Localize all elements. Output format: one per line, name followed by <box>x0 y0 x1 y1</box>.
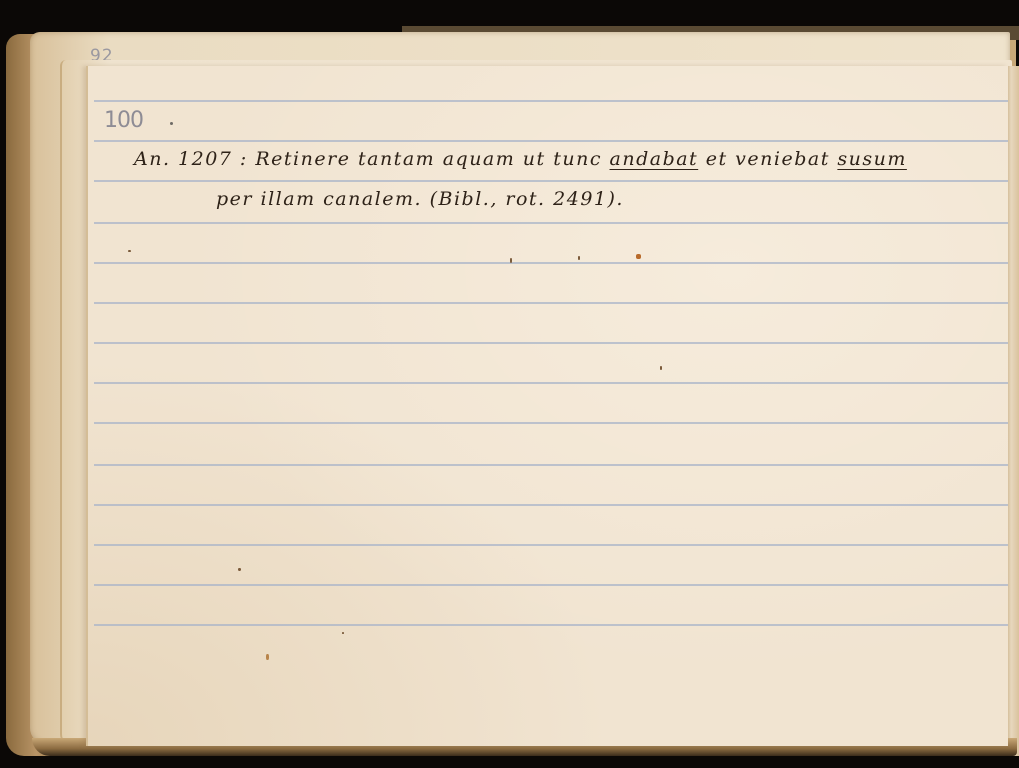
ink-speck <box>238 568 241 571</box>
page-number-dot <box>170 122 173 125</box>
entry-line-2: per illam canalem. (Bibl., rot. 2491). <box>216 188 624 210</box>
entry-line-1: An. 1207 : Retinere tantam aquam ut tunc… <box>134 148 907 170</box>
underlined-word-andabat: andabat <box>610 148 699 170</box>
ruled-line <box>94 504 1008 506</box>
ink-speck <box>128 250 131 252</box>
ruled-line <box>94 262 1008 264</box>
ruled-line <box>94 222 1008 224</box>
ruled-line <box>94 382 1008 384</box>
entry-line-1-prefix: An. 1207 : Retinere tantam aquam ut tunc <box>134 148 610 170</box>
ruled-line <box>94 584 1008 586</box>
ruled-line <box>94 422 1008 424</box>
ruled-line <box>94 544 1008 546</box>
ruled-line <box>94 342 1008 344</box>
ruled-line <box>94 140 1008 142</box>
ink-speck <box>660 366 662 370</box>
ruled-line <box>94 464 1008 466</box>
notebook-page: 100 An. 1207 : Retinere tantam aquam ut … <box>86 66 1008 746</box>
ink-speck <box>266 654 269 660</box>
underlined-word-susum: susum <box>837 148 907 170</box>
ruled-line <box>94 180 1008 182</box>
ink-speck <box>636 254 641 259</box>
entry-line-1-middle: et veniebat <box>698 148 837 170</box>
notebook: 92 100 An. 1207 : Retinere tantam aquam … <box>2 26 1019 758</box>
ruled-line <box>94 302 1008 304</box>
ink-speck <box>578 256 580 260</box>
ink-speck <box>510 258 512 263</box>
page-number: 100 <box>104 108 143 133</box>
ink-speck <box>342 632 344 634</box>
ruled-line <box>94 100 1008 102</box>
ruled-line <box>94 624 1008 626</box>
